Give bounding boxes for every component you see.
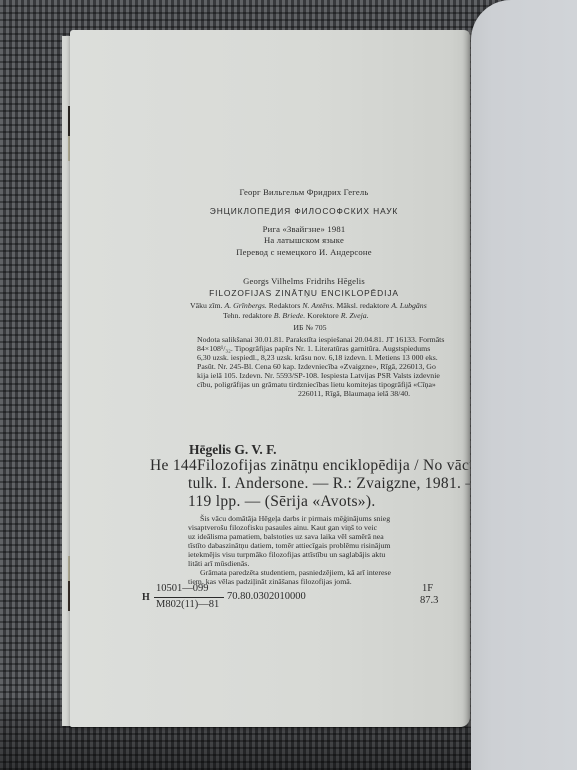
credit-label: Korektore (305, 311, 341, 320)
catalog-heading: Hēgelis G. V. F. (189, 442, 277, 458)
print-detail-line: 226011, Rīgā, Blaumaņa ielā 38/40. (298, 389, 410, 398)
credit-label: Tehn. redaktore (223, 311, 274, 320)
fraction-numerator: 10501—099 (156, 583, 209, 594)
ru-translator: Перевод с немецкого И. Андерсоне (70, 247, 470, 257)
call-number: He 144 (150, 457, 197, 475)
print-detail-line: 84×108¹/₃₂. Tipogrāfijas papīrs Nr. 1. L… (197, 344, 430, 353)
credit-name: R. Zveja. (341, 311, 369, 320)
credit-label: Redaktors (267, 301, 303, 310)
ru-language: На латышском языке (70, 235, 470, 245)
annotation-line: Grāmata paredzēta studentiem, pasniedzēj… (200, 568, 391, 577)
ru-publisher: Рига «Звайгзне» 1981 (70, 224, 470, 234)
annotation-line: ietekmējis visu turpmāko filozofijas att… (188, 550, 385, 559)
print-detail-line: kija ielā 105. Izdevn. Nr. 5593/SP-108. … (197, 371, 440, 380)
annotation-line: uz ideālisma pamatiem, balstoties uz sav… (188, 532, 384, 541)
annotation-line: tīstīto dabaszinātņu datiem, tomēr attie… (188, 541, 390, 550)
credit-name: A. Grīnbergs. (224, 301, 266, 310)
lv-credits-line1: Vāku zīm. A. Grīnbergs. Redaktors N. Ant… (190, 301, 427, 310)
ib-number: ИБ № 705 (70, 323, 470, 332)
fraction-bar (154, 597, 224, 598)
ru-author: Георг Вильгельм Фридрих Гегель (70, 187, 470, 197)
lv-credits-line2: Tehn. redaktore B. Briede. Korektore R. … (223, 311, 369, 320)
credit-name: A. Lubgāns (391, 301, 427, 310)
credit-name: N. Antēns. (302, 301, 334, 310)
fraction-denominator: M802(11)—81 (156, 599, 219, 610)
fraction-suffix: 70.80.0302010000 (227, 591, 306, 602)
classification-top: 1F (422, 583, 433, 594)
annotation-line: Šis vācu domātāja Hēgeļa darbs ir pirmai… (200, 514, 390, 523)
print-detail-line: Pasūt. Nr. 245-Bl. Cena 60 kap. Izdevnie… (197, 362, 436, 371)
print-detail-line: cību, poligrāfijas un grāmatu tirdzniecī… (197, 380, 436, 389)
facing-page (471, 0, 577, 770)
lv-author: Georgs Vilhelms Fridrihs Hēgelis (70, 276, 470, 286)
classification-bottom: 87.3 (420, 595, 438, 606)
lv-title: FILOZOFIJAS ZINĀTŅU ENCIKLOPĒDIJA (70, 288, 470, 298)
credit-label: Vāku zīm. (190, 301, 224, 310)
ru-title: ЭНЦИКЛОПЕДИЯ ФИЛОСОФСКИХ НАУК (70, 206, 470, 216)
print-detail-line: 6,30 uzsk. iespiedl., 8,23 uzsk. krāsu n… (197, 353, 438, 362)
page-text-area: Георг Вильгельм Фридрих Гегель ЭНЦИКЛОПЕ… (70, 30, 470, 727)
credit-name: B. Briede. (274, 311, 305, 320)
print-detail-line: Nodota salikšanai 30.01.81. Parakstīta i… (197, 335, 444, 344)
catalog-entry-line: 119 lpp. — (Sērija «Avots»). (188, 493, 376, 511)
fraction-prefix: H (142, 592, 150, 603)
annotation-line: tiem, kas vēlas padziļināt zināšanas fil… (188, 577, 352, 586)
credit-label: Māksl. redaktore (334, 301, 391, 310)
annotation-line: visaptverošu filozofisku pasaules ainu. … (188, 523, 377, 532)
annotation-line: litāti arī mūsdienās. (188, 559, 249, 568)
catalog-entry-line: Filozofijas zinātņu enciklopēdija / No v… (197, 457, 470, 475)
catalog-entry-line: tulk. I. Andersone. — R.: Zvaigzne, 1981… (188, 475, 470, 493)
